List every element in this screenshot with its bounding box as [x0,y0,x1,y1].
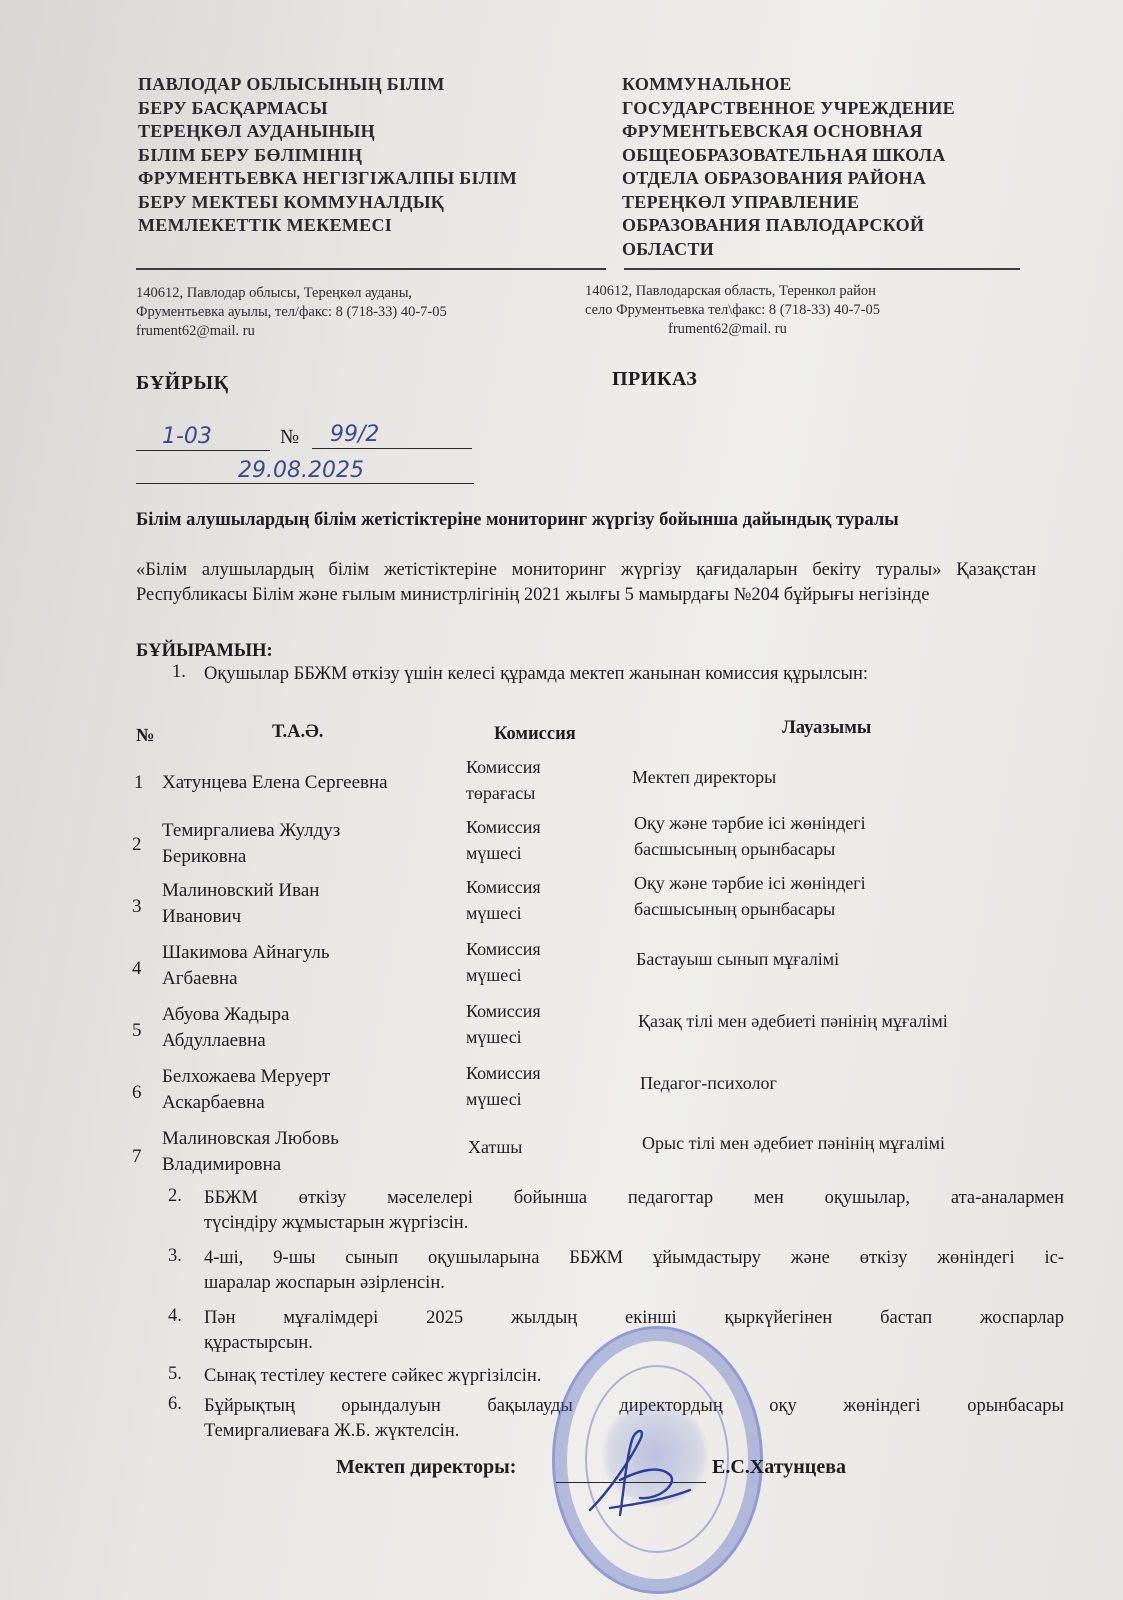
row-name: Хатунцева Елена Сергеевна [162,770,388,796]
row-name: Малиновская Любовь [162,1126,339,1152]
row-role: мүшесі [466,962,522,988]
header-left-org: ПАВЛОДАР ОБЛЫСЫНЫҢ БІЛІМ БЕРУ БАСҚАРМАСЫ… [138,73,517,238]
org-line: ОБЛАСТИ [622,238,955,262]
row-number: 2 [132,832,142,858]
org-line: ФРУМЕНТЬЕВКА НЕГІЗГІЖАЛПЫ БІЛІМ [138,167,517,191]
row-number: 5 [132,1018,142,1044]
item-line: шаралар жоспарын әзірленсін. [204,1271,1064,1296]
item-line: түсіндіру жұмыстарын жүргізсін. [204,1211,1064,1236]
item-line: ББЖМ өткізу мәселелері бойынша педагогта… [204,1186,1064,1211]
org-line: БЕРУ МЕКТЕБІ КОММУНАЛДЫҚ [138,191,517,215]
org-line: ТЕРЕҢКӨЛ АУДАНЫНЫҢ [138,120,517,144]
item-text: Оқушылар ББЖМ өткізу үшін келесі құрамда… [204,662,944,687]
handwritten-signature-icon [580,1420,700,1530]
header-divider-left [136,268,606,270]
row-role: Комиссия [466,1060,541,1086]
item-line: 4-ші, 9-шы сынып оқушыларына ББЖМ ұйымда… [204,1246,1064,1271]
row-role: Комиссия [466,814,541,840]
org-line: МЕМЛЕКЕТТІК МЕКЕМЕСІ [138,214,517,238]
org-line: ПАВЛОДАР ОБЛЫСЫНЫҢ БІЛІМ [138,73,517,97]
item-number: 2. [168,1186,182,1207]
order-basis: «Білім алушылардың білім жетістіктеріне … [136,558,1036,608]
table-header-position: Лауазымы [782,718,871,739]
item-text: 4-ші, 9-шы сынып оқушыларына ББЖМ ұйымда… [204,1246,1064,1296]
index-underline [136,450,270,451]
row-name: Бериковна [162,844,246,870]
row-role: Комиссия [466,874,541,900]
org-line: ФРУМЕНТЬЕВСКАЯ ОСНОВНАЯ [622,120,955,144]
signatory-name: Е.С.Хатунцева [712,1456,846,1479]
row-position: Бастауыш сынып мұғалімі [636,946,839,972]
org-line: ОБЩЕОБРАЗОВАТЕЛЬНАЯ ШКОЛА [622,144,955,168]
header-divider-right [624,268,1020,270]
address-line: Фрументьевка ауылы, тел/факс: 8 (718-33)… [136,303,447,322]
registration-index: 1-03 [162,424,212,449]
org-line: ОТДЕЛА ОБРАЗОВАНИЯ РАЙОНА [622,167,955,191]
row-name: Белхожаева Меруерт [162,1064,330,1090]
address-right: 140612, Павлодарская область, Теренкол р… [585,282,880,339]
row-position: Педагог-психолог [640,1070,777,1096]
order-word: БҰЙЫРАМЫН: [136,639,273,664]
row-position: басшысының орынбасары [634,836,835,862]
row-name: Аскарбаевна [162,1090,265,1116]
item-number: 6. [168,1394,182,1415]
table-header-number: № [136,726,155,747]
org-line: ГОСУДАРСТВЕННОЕ УЧРЕЖДЕНИЕ [622,97,955,121]
row-name: Шакимова Айнагуль [162,940,330,966]
row-number: 3 [132,894,142,920]
row-position: Оқу және тәрбие ісі жөніндегі [634,870,866,896]
row-role: мүшесі [466,900,522,926]
doc-type-kz: БҰЙРЫҚ [136,372,229,395]
row-name: Владимировна [162,1152,281,1178]
header-right-org: КОММУНАЛЬНОЕ ГОСУДАРСТВЕННОЕ УЧРЕЖДЕНИЕ … [622,73,955,261]
row-position: Қазақ тілі мен әдебиеті пәнінің мұғалімі [638,1008,948,1034]
org-line: БЕРУ БАСҚАРМАСЫ [138,97,517,121]
row-number: 1 [134,770,144,796]
registration-number: 99/2 [330,422,379,447]
registration-date: 29.08.2025 [238,458,364,483]
row-role: Хатшы [468,1134,522,1160]
address-line: 140612, Павлодарская область, Теренкол р… [585,282,880,301]
org-line: КОММУНАЛЬНОЕ [622,73,955,97]
row-name: Абуова Жадыра [162,1002,289,1028]
org-line: ОБРАЗОВАНИЯ ПАВЛОДАРСКОЙ [622,214,955,238]
table-header-commission: Комиссия [494,724,576,745]
row-role: мүшесі [466,1086,522,1112]
number-label: № [280,426,299,449]
document-page: ПАВЛОДАР ОБЛЫСЫНЫҢ БІЛІМ БЕРУ БАСҚАРМАСЫ… [0,0,1123,1600]
row-name: Агбаевна [162,966,238,992]
row-role: мүшесі [466,1024,522,1050]
email-text: frument62@mail. ru [136,322,447,341]
row-number: 6 [132,1080,142,1106]
org-line: БІЛІМ БЕРУ БӨЛІМІНІҢ [138,144,517,168]
number-underline [312,448,472,449]
row-position: Орыс тілі мен әдебиет пәнінің мұғалімі [642,1130,945,1156]
item-number: 4. [168,1306,182,1327]
row-role: Комиссия [466,998,541,1024]
row-role: төрағасы [466,780,535,806]
date-underline [136,483,474,484]
item-number: 3. [168,1246,182,1267]
row-number: 7 [132,1144,142,1170]
row-number: 4 [132,956,142,982]
row-name: Абдуллаевна [162,1028,266,1054]
address-line: 140612, Павлодар облысы, Тереңкөл ауданы… [136,284,447,303]
row-position: басшысының орынбасары [634,896,835,922]
email-text: frument62@mail. ru [585,320,880,339]
row-role: Комиссия [466,936,541,962]
row-name: Темиргалиева Жулдуз [162,818,340,844]
row-name: Иванович [162,904,241,930]
row-position: Мектеп директоры [632,764,776,790]
row-role: мүшесі [466,840,522,866]
item-text: ББЖМ өткізу мәселелері бойынша педагогта… [204,1186,1064,1236]
row-position: Оқу және тәрбие ісі жөніндегі [634,810,866,836]
item-number: 5. [168,1364,182,1385]
signature-label: Мектеп директоры: [336,1456,516,1479]
doc-type-ru: ПРИКАЗ [612,368,697,391]
order-title: Білім алушылардың білім жетістіктеріне м… [136,508,1036,533]
row-name: Малиновский Иван [162,878,319,904]
table-header-name: Т.А.Ә. [272,722,323,743]
item-number: 1. [172,662,186,683]
address-line: село Фрументьевка тел\факс: 8 (718-33) 4… [585,301,880,320]
address-left: 140612, Павлодар облысы, Тереңкөл ауданы… [136,284,447,341]
item-line: Пән мұғалімдері 2025 жылдың екінші қыркү… [204,1306,1064,1331]
row-role: Комиссия [466,754,541,780]
org-line: ТЕРЕҢКӨЛ УПРАВЛЕНИЕ [622,191,955,215]
